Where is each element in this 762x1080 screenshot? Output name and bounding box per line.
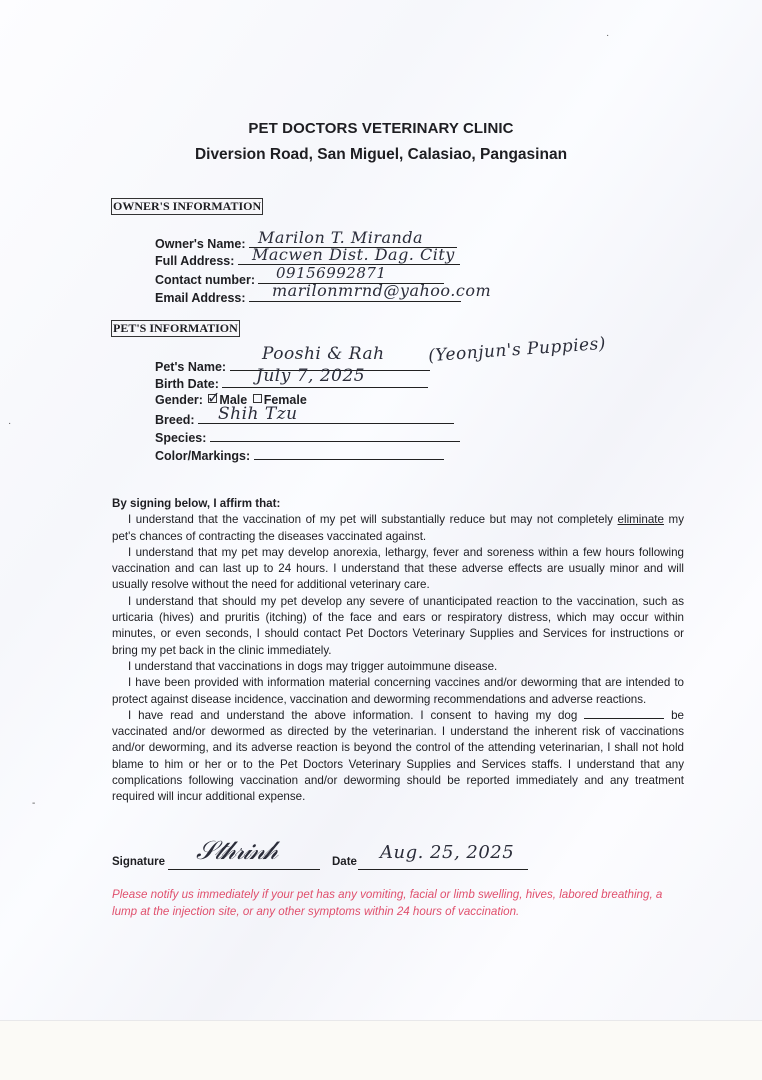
female-checkbox[interactable] bbox=[253, 394, 262, 403]
p6-text: I have read and understand the above inf… bbox=[128, 709, 584, 722]
date-line[interactable] bbox=[358, 869, 528, 870]
clinic-name: PET DOCTORS VETERINARY CLINIC bbox=[0, 120, 762, 137]
owner-address-value: Macwen Dist. Dag. City bbox=[252, 245, 455, 264]
affirmation-lead: By signing below, I affirm that: bbox=[112, 496, 684, 512]
owner-address-label: Full Address: bbox=[155, 253, 234, 270]
dog-name-blank[interactable] bbox=[584, 708, 664, 719]
owner-contact-label: Contact number: bbox=[155, 272, 255, 289]
species-field[interactable]: Species: bbox=[155, 428, 460, 447]
owner-contact-value: 09156992871 bbox=[276, 264, 386, 282]
breed-value: Shih Tzu bbox=[218, 404, 298, 424]
scan-speck: · bbox=[606, 30, 609, 41]
post-vaccination-notice: Please notify us immediately if your pet… bbox=[112, 886, 672, 920]
affirmation-paragraph-2: I understand that my pet may develop ano… bbox=[112, 545, 684, 594]
owner-email-value: marilonmrnd@yahoo.com bbox=[272, 281, 491, 300]
scan-speck: · bbox=[8, 418, 11, 429]
affirmation-paragraph-4: I understand that vaccinations in dogs m… bbox=[112, 659, 684, 675]
owner-section-heading: OWNER'S INFORMATION bbox=[111, 198, 263, 215]
p6-text-end: be vaccinated and/or dewormed as directe… bbox=[112, 709, 684, 803]
color-markings-field[interactable]: Color/Markings: bbox=[155, 446, 444, 465]
signature-label: Signature bbox=[112, 856, 165, 868]
birth-date-value: July 7, 2025 bbox=[256, 366, 365, 386]
species-label: Species: bbox=[155, 430, 206, 447]
affirmation-paragraph-5: I have been provided with information ma… bbox=[112, 675, 684, 708]
species-line bbox=[210, 428, 460, 442]
date-value: Aug. 25, 2025 bbox=[380, 842, 514, 863]
pet-name-note: (Yeonjun's Puppies) bbox=[428, 334, 607, 366]
date-label: Date bbox=[332, 856, 357, 868]
owner-email-label: Email Address: bbox=[155, 290, 246, 307]
affirmation-paragraph-1: I understand that the vaccination of my … bbox=[112, 512, 684, 545]
pet-name-value: Pooshi & Rah bbox=[262, 344, 385, 364]
affirmation-paragraph-6: I have read and understand the above inf… bbox=[112, 708, 684, 806]
color-markings-label: Color/Markings: bbox=[155, 448, 250, 465]
clinic-address: Diversion Road, San Miguel, Calasiao, Pa… bbox=[0, 146, 762, 164]
pet-section-heading: PET'S INFORMATION bbox=[111, 320, 240, 337]
color-markings-line bbox=[254, 446, 444, 460]
affirmation-block: By signing below, I affirm that: I under… bbox=[112, 496, 684, 806]
scanned-form-page: PET DOCTORS VETERINARY CLINIC Diversion … bbox=[0, 0, 762, 1021]
affirmation-paragraph-3: I understand that should my pet develop … bbox=[112, 594, 684, 659]
breed-label: Breed: bbox=[155, 412, 195, 429]
breed-field[interactable]: Breed: bbox=[155, 410, 454, 429]
p1-underlined: eliminate bbox=[618, 513, 664, 526]
gender-label: Gender: bbox=[155, 392, 203, 409]
scan-speck: - bbox=[32, 798, 35, 809]
p1-text: I understand that the vaccination of my … bbox=[128, 513, 618, 526]
signature-line[interactable] bbox=[168, 869, 320, 870]
signature-scribble: 𝒮𝓉𝒽𝓇𝒾𝓃𝒽 bbox=[196, 836, 276, 867]
